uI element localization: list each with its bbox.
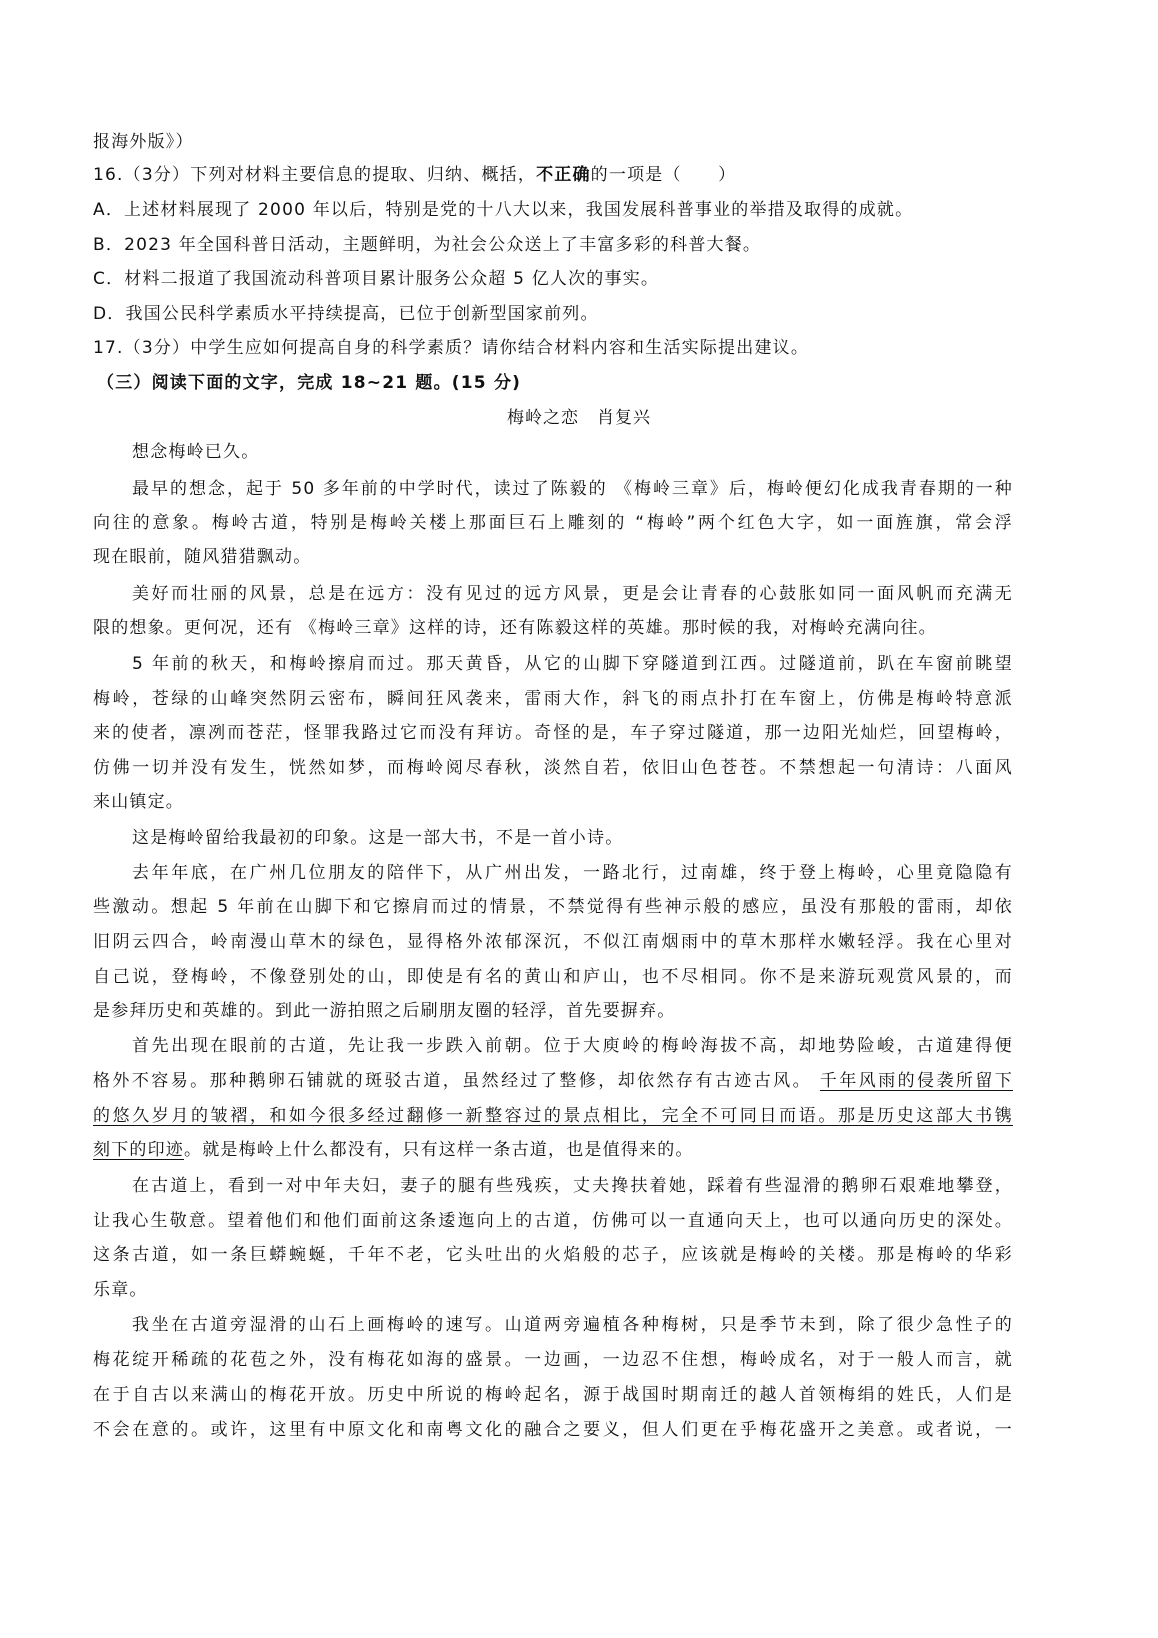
question-16-option-b: B．2023 年全国科普日活动，主题鲜明，为社会公众送上了丰富多彩的科普大餐。: [93, 234, 1013, 256]
exam-page: 报海外版》） 16.（3分）下列对材料主要信息的提取、归纳、概括，不正确的一项是…: [0, 0, 1158, 1638]
article-line: 首先出现在眼前的古道，先让我一步跌入前朝。位于大庾岭的梅岭海拔不高，却地势险峻，…: [132, 1035, 1013, 1057]
plain-text: 。就是梅岭上什么都没有，只有这样一条古道，也是值得来的。: [184, 1140, 694, 1160]
question-17-stem: 17.（3分）中学生应如何提高自身的科学素质？请你结合材料内容和生活实际提出建议…: [93, 337, 1013, 359]
article-line: 在古道上，看到一对中年夫妇，妻子的腿有些残疾，丈夫搀扶着她，踩着有些湿滑的鹅卵石…: [132, 1175, 1013, 1197]
article-line: 梅岭，苍绿的山峰突然阴云密布，瞬间狂风袭来，雷雨大作，斜飞的雨点扑打在车窗上，仿…: [93, 688, 1013, 710]
article-line: 限的想象。更何况，还有 《梅岭三章》这样的诗，还有陈毅这样的英雄。那时候的我，对…: [93, 617, 1013, 639]
question-16-stem-start: 16.（3分）下列对材料主要信息的提取、归纳、概括，: [93, 165, 536, 185]
question-16-stem: 16.（3分）下列对材料主要信息的提取、归纳、概括，不正确的一项是（ ）: [93, 164, 1013, 186]
article-line: 去年年底，在广州几位朋友的陪伴下，从广州出发，一路北行，过南雄，终于登上梅岭，心…: [132, 862, 1013, 884]
article-line: 仿佛一切并没有发生，恍然如梦，而梅岭阅尽春秋，淡然自若，依旧山色苍苍。不禁想起一…: [93, 757, 1013, 779]
question-16-option-a: A．上述材料展现了 2000 年以后，特别是党的十八大以来，我国发展科普事业的举…: [93, 199, 1013, 221]
article-line: 向往的意象。梅岭古道，特别是梅岭关楼上那面巨石上雕刻的 “梅岭”两个红色大字，如…: [93, 512, 1013, 534]
article-line: 让我心生敬意。望着他们和他们面前这条逶迤向上的古道，仿佛可以一直通向天上，也可以…: [93, 1210, 1013, 1232]
underlined-text: 千年风雨的侵袭所留下: [820, 1071, 1013, 1091]
section-header: （三）阅读下面的文字，完成 18~21 题。(15 分): [97, 372, 1017, 394]
article-line: 梅花绽开稀疏的花苞之外，没有梅花如海的盛景。一边画，一边忍不住想，梅岭成名，对于…: [93, 1349, 1013, 1371]
article-line: 旧阴云四合，岭南漫山草木的绿色，显得格外浓郁深沉，不似江南烟雨中的草木那样水嫩轻…: [93, 931, 1013, 953]
article-line-underlined-end: 刻下的印迹。就是梅岭上什么都没有，只有这样一条古道，也是值得来的。: [93, 1139, 1013, 1161]
article-line: 想念梅岭已久。: [132, 441, 1013, 463]
article-line: 乐章。: [93, 1279, 1013, 1301]
article-line: 来山镇定。: [93, 791, 1013, 813]
article-line: 在于自古以来满山的梅花开放。历史中所说的梅岭起名，源于战国时期南迁的越人首领梅绢…: [93, 1384, 1013, 1406]
article-line: 这条古道，如一条巨蟒蜿蜒，千年不老，它头吐出的火焰般的芯子，应该就是梅岭的关楼。…: [93, 1244, 1013, 1266]
article-line: 最早的想念，起于 50 多年前的中学时代，读过了陈毅的 《梅岭三章》后，梅岭便幻…: [132, 478, 1013, 500]
article-line-underlined: 的悠久岁月的皱褶，和如今很多经过翻修一新整容过的景点相比，完全不可同日而语。那是…: [93, 1105, 1013, 1127]
article-line: 美好而壮丽的风景，总是在远方：没有见过的远方风景，更是会让青春的心鼓胀如同一面风…: [132, 583, 1013, 605]
underlined-text: 刻下的印迹: [93, 1140, 184, 1160]
question-16-emphasis: 不正确: [536, 165, 591, 185]
plain-text: 格外不容易。那种鹅卵石铺就的斑驳古道，虽然经过了整修，却依然存有古迹古风。: [93, 1071, 820, 1091]
article-line: 现在眼前，随风猎猎飘动。: [93, 546, 1013, 568]
question-16-option-d: D．我国公民科学素质水平持续提高，已位于创新型国家前列。: [93, 303, 1013, 325]
article-line: 这是梅岭留给我最初的印象。这是一部大书，不是一首小诗。: [132, 827, 1013, 849]
question-16-stem-end: 的一项是（ ）: [591, 165, 737, 185]
article-line: 些激动。想起 5 年前在山脚下和它擦肩而过的情景，不禁觉得有些神示般的感应，虽没…: [93, 896, 1013, 918]
article-line: 不会在意的。或许，这里有中原文化和南粤文化的融合之要义，但人们更在乎梅花盛开之美…: [93, 1419, 1013, 1441]
article-line: 我坐在古道旁湿滑的山石上画梅岭的速写。山道两旁遍植各种梅树，只是季节未到，除了很…: [132, 1314, 1013, 1336]
article-line: 自己说，登梅岭，不像登别处的山，即使是有名的黄山和庐山，也不尽相同。你不是来游玩…: [93, 966, 1013, 988]
source-continuation: 报海外版》）: [93, 131, 1013, 153]
article-line: 5 年前的秋天，和梅岭擦肩而过。那天黄昏，从它的山脚下穿隧道到江西。过隧道前，趴…: [132, 653, 1013, 675]
article-title: 梅岭之恋 肖复兴: [0, 407, 1158, 429]
article-line: 来的使者，凛冽而苍茫，怪罪我路过它而没有拜访。奇怪的是，车子穿过隧道，那一边阳光…: [93, 722, 1013, 744]
question-16-option-c: C．材料二报道了我国流动科普项目累计服务公众超 5 亿人次的事实。: [93, 268, 1013, 290]
article-line-underlined-start: 格外不容易。那种鹅卵石铺就的斑驳古道，虽然经过了整修，却依然存有古迹古风。 千年…: [93, 1070, 1013, 1092]
article-line: 是参拜历史和英雄的。到此一游拍照之后刷朋友圈的轻浮，首先要摒弃。: [93, 1000, 1013, 1022]
